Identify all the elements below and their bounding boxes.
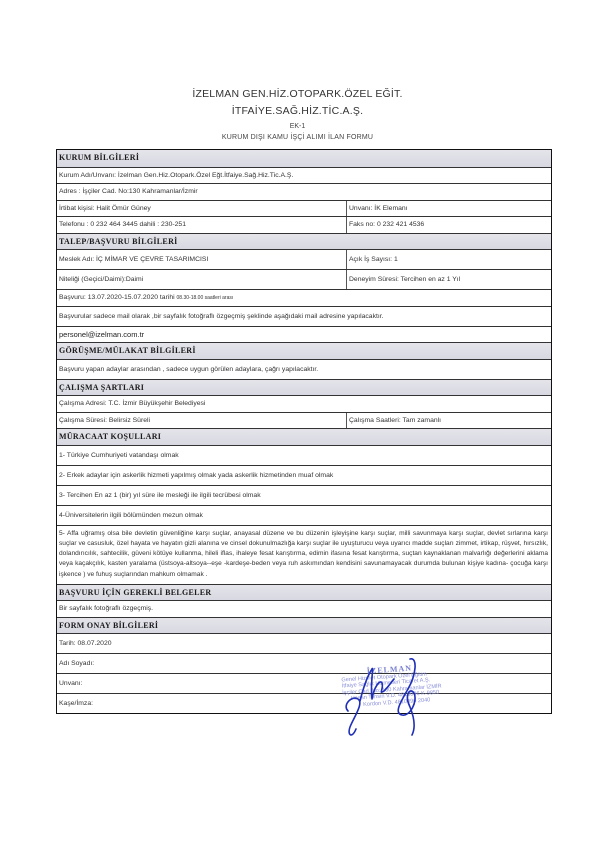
contact-person: İrtibat kişisi: Halit Ömür Güney — [57, 201, 347, 217]
row-adres: Adres : İşçiler Cad. No:130 Kahramanlar/… — [57, 183, 551, 200]
fax: Faks no: 0 232 421 4536 — [347, 217, 551, 233]
approver-title: Unvanı: — [57, 674, 551, 693]
row-kurum-adi: Kurum Adı/Unvanı: İzelman Gen.Hiz.Otopar… — [57, 167, 551, 184]
section-title: ÇALIŞMA ŞARTLARI — [57, 380, 551, 396]
section-title: FORM ONAY BİLGİLERİ — [57, 618, 551, 634]
contact-title: Unvanı: İK Elemanı — [347, 201, 551, 217]
document-header: İZELMAN GEN.HİZ.OTOPARK.ÖZEL EĞİT. İTFAİ… — [0, 86, 595, 143]
form-title: KURUM DIŞI KAMU İŞÇİ ALIMI İLAN FORMU — [0, 133, 595, 143]
application-date-range: Başvuru: 13.07.2020-15.07.2020 tarihi — [59, 294, 175, 301]
work-address: Çalışma Adresi: T.C. İzmir Büyükşehir Be… — [57, 396, 551, 412]
section-muracaat-kosullari: MÜRACAAT KOŞULLARI — [57, 428, 551, 445]
list-item: 2- Erkek adaylar için askerlik hizmeti y… — [57, 465, 551, 485]
annex-label: EK-1 — [0, 121, 595, 133]
section-title: TALEP/BAŞVURU BİLGİLERİ — [57, 234, 551, 250]
list-item: 5- Affa uğramış olsa bile devletin güven… — [57, 525, 551, 584]
row-unvani: Unvanı: — [57, 673, 551, 693]
row-telefon: Telefonu : 0 232 464 3445 dahili : 230-2… — [57, 216, 551, 233]
interview-info: Başvuru yapan adaylar arasından , sadece… — [57, 360, 551, 379]
requirement-5: 5- Affa uğramış olsa bile devletin güven… — [57, 526, 551, 584]
stamp-signature: Kaşe/İmza: — [57, 694, 551, 713]
work-hours: Çalışma Saatleri: Tam zamanlı — [347, 413, 551, 429]
company-name-line1: İZELMAN GEN.HİZ.OTOPARK.ÖZEL EĞİT. — [0, 86, 595, 103]
row-irtibat: İrtibat kişisi: Halit Ömür Güney Unvanı:… — [57, 200, 551, 217]
application-note: Başvurular sadece mail olarak ,bir sayfa… — [57, 307, 551, 326]
row-basvuru-notu: Başvurular sadece mail olarak ,bir sayfa… — [57, 306, 551, 326]
occupation: Meslek Adı: İÇ MİMAR VE ÇEVRE TASARIMCIS… — [57, 250, 347, 269]
section-title: BAŞVURU İÇİN GEREKLİ BELGELER — [57, 585, 551, 601]
phone: Telefonu : 0 232 464 3445 dahili : 230-2… — [57, 217, 347, 233]
section-talep-basvuru: TALEP/BAŞVURU BİLGİLERİ — [57, 233, 551, 250]
row-adi-soyadi: Adı Soyadı: — [57, 653, 551, 673]
list-item: 3- Tercihen En az 1 (bir) yıl süre ile m… — [57, 485, 551, 505]
announcement-form: KURUM BİLGİLERİ Kurum Adı/Unvanı: İzelma… — [56, 149, 552, 714]
row-email: personel@izelman.com.tr — [57, 326, 551, 343]
requirement-2: 2- Erkek adaylar için askerlik hizmeti y… — [57, 466, 551, 485]
application-hours: 08.30-18.00 saatleri arası — [177, 295, 234, 301]
list-item: 4-Üniversitelerin ilgili bölümünden mezu… — [57, 505, 551, 525]
section-title: MÜRACAAT KOŞULLARI — [57, 429, 551, 445]
application-email[interactable]: personel@izelman.com.tr — [57, 327, 551, 343]
requirement-1: 1- Türkiye Cumhuriyeti vatandaşı olmak — [57, 446, 551, 465]
requirement-4: 4-Üniversitelerin ilgili bölümünden mezu… — [57, 506, 551, 525]
application-dates: Başvuru: 13.07.2020-15.07.2020 tarihi 08… — [57, 290, 551, 306]
row-calisma-suresi: Çalışma Süresi: Belirsiz Süreli Çalışma … — [57, 412, 551, 429]
requirement-3: 3- Tercihen En az 1 (bir) yıl süre ile m… — [57, 486, 551, 505]
institution-name: Kurum Adı/Unvanı: İzelman Gen.Hiz.Otopar… — [57, 168, 551, 184]
section-form-onay: FORM ONAY BİLGİLERİ — [57, 617, 551, 634]
row-kase-imza: Kaşe/İmza: — [57, 693, 551, 713]
row-nitelik: Niteliği (Geçici/Daimi):Daimi Deneyim Sü… — [57, 269, 551, 289]
company-name-line2: İTFAİYE.SAĞ.HİZ.TİC.A.Ş. — [0, 103, 595, 120]
row-calisma-adresi: Çalışma Adresi: T.C. İzmir Büyükşehir Be… — [57, 395, 551, 412]
section-calisma-sartlari: ÇALIŞMA ŞARTLARI — [57, 379, 551, 396]
job-nature: Niteliği (Geçici/Daimi):Daimi — [57, 270, 347, 289]
section-gorusme-mulakat: GÖRÜŞME/MÜLAKAT BİLGİLERİ — [57, 342, 551, 359]
open-positions: Açık İş Sayısı: 1 — [347, 250, 551, 269]
row-belgeler: Bir sayfalık fotoğraflı özgeçmiş. — [57, 600, 551, 617]
row-basvuru-tarihi: Başvuru: 13.07.2020-15.07.2020 tarihi 08… — [57, 289, 551, 306]
required-documents: Bir sayfalık fotoğraflı özgeçmiş. — [57, 601, 551, 617]
work-duration: Çalışma Süresi: Belirsiz Süreli — [57, 413, 347, 429]
approval-date: Tarih: 08.07.2020 — [57, 634, 551, 653]
row-tarih: Tarih: 08.07.2020 — [57, 633, 551, 653]
section-kurum-bilgileri: KURUM BİLGİLERİ — [57, 150, 551, 167]
approver-name: Adı Soyadı: — [57, 654, 551, 673]
section-gerekli-belgeler: BAŞVURU İÇİN GEREKLİ BELGELER — [57, 584, 551, 601]
row-gorusme: Başvuru yapan adaylar arasından , sadece… — [57, 359, 551, 379]
list-item: 1- Türkiye Cumhuriyeti vatandaşı olmak — [57, 445, 551, 465]
institution-address: Adres : İşçiler Cad. No:130 Kahramanlar/… — [57, 184, 551, 200]
section-title: KURUM BİLGİLERİ — [57, 150, 551, 167]
row-meslek: Meslek Adı: İÇ MİMAR VE ÇEVRE TASARIMCIS… — [57, 249, 551, 269]
experience: Deneyim Süresi: Tercihen en az 1 Yıl — [347, 270, 551, 289]
section-title: GÖRÜŞME/MÜLAKAT BİLGİLERİ — [57, 343, 551, 359]
